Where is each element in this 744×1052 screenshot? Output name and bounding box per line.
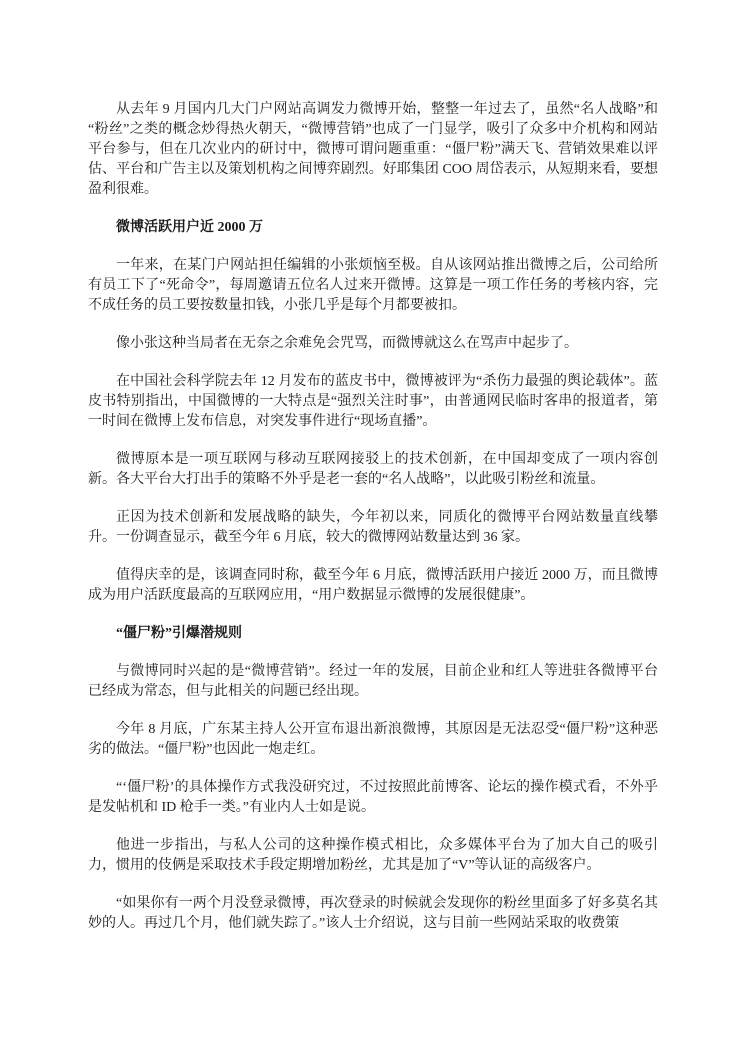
paragraph: “如果你有一两个月没登录微博，再次登录的时候就会发现你的粉丝里面多了好多莫名其妙… [88, 894, 658, 934]
paragraph: 今年 8 月底，广东某主持人公开宣布退出新浪微博，其原因是无法忍受“僵尸粉”这种… [88, 720, 658, 760]
paragraph: 与微博同时兴起的是“微博营销”。经过一年的发展，目前企业和红人等进驻各微博平台已… [88, 662, 658, 702]
paragraph: 像小张这种当局者在无奈之余难免会咒骂，而微博就这么在骂声中起步了。 [88, 334, 658, 354]
paragraph: 一年来，在某门户网站担任编辑的小张烦恼至极。自从该网站推出微博之后，公司给所有员… [88, 256, 658, 316]
paragraph: 在中国社会科学院去年 12 月发布的蓝皮书中，微博被评为“杀伤力最强的舆论载体”… [88, 372, 658, 432]
section-heading: “僵尸粉”引爆潜规则 [88, 624, 658, 644]
paragraph: 正因为技术创新和发展战略的缺失，今年初以来，同质化的微博平台网站数量直线攀升。一… [88, 508, 658, 548]
paragraph: “‘僵尸粉’的具体操作方式我没研究过，不过按照此前博客、论坛的操作模式看，不外乎… [88, 778, 658, 818]
article-body: 从去年 9 月国内几大门户网站高调发力微博开始，整整一年过去了，虽然“名人战略”… [88, 100, 658, 934]
document-page: 从去年 9 月国内几大门户网站高调发力微博开始，整整一年过去了，虽然“名人战略”… [0, 0, 744, 1052]
section-heading: 微博活跃用户近 2000 万 [88, 218, 658, 238]
paragraph: 值得庆幸的是，该调查同时称，截至今年 6 月底，微博活跃用户接近 2000 万，… [88, 566, 658, 606]
paragraph: 微博原本是一项互联网与移动互联网接驳上的技术创新，在中国却变成了一项内容创新。各… [88, 450, 658, 490]
paragraph: 从去年 9 月国内几大门户网站高调发力微博开始，整整一年过去了，虽然“名人战略”… [88, 100, 658, 200]
paragraph: 他进一步指出，与私人公司的这种操作模式相比，众多媒体平台为了加大自己的吸引力，惯… [88, 836, 658, 876]
